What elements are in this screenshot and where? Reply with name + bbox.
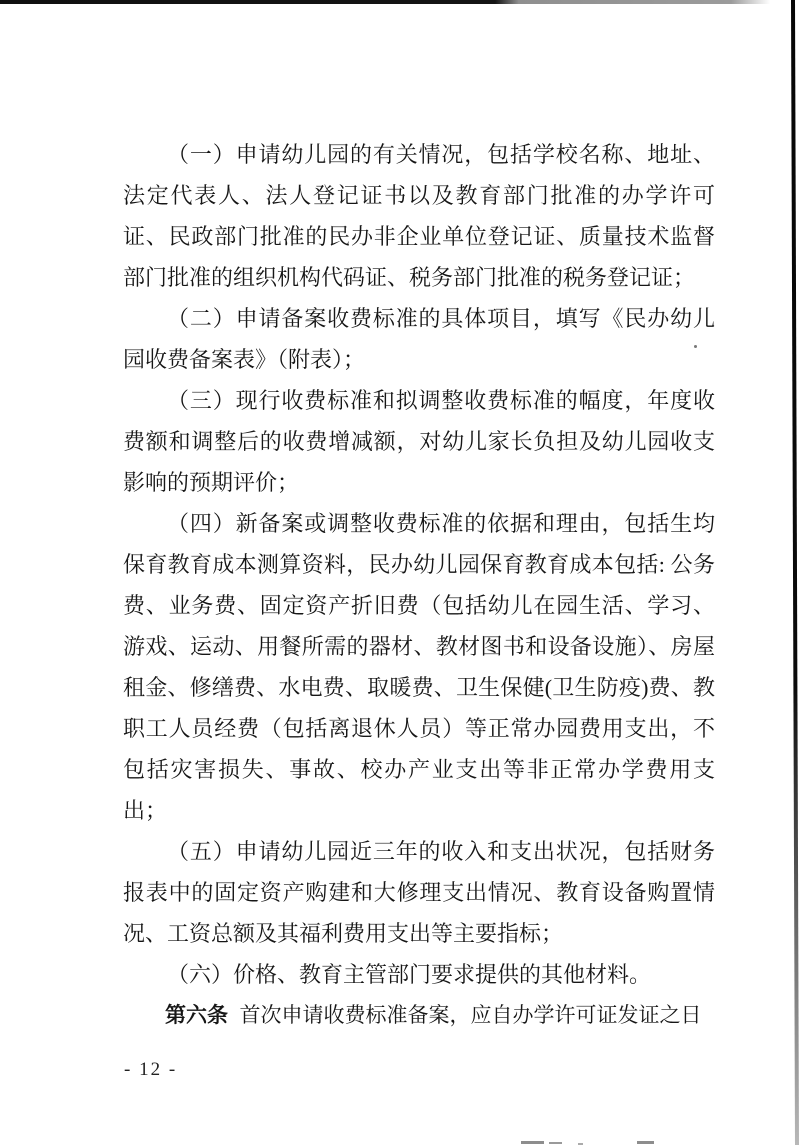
scan-artifact-top-edge	[0, 0, 786, 4]
page-number: - 12 -	[124, 1059, 177, 1081]
scan-artifact-speck	[637, 1141, 654, 1144]
paragraph-item-2: （二）申请备案收费标准的具体项目，填写《民办幼儿园收费备案表》（附表）；	[123, 298, 715, 380]
paragraph-item-6: （六）价格、教育主管部门要求提供的其他材料。	[123, 954, 715, 995]
scanned-document-page: （一）申请幼儿园的有关情况，包括学校名称、地址、法定代表人、法人登记证书以及教育…	[0, 0, 800, 1145]
paragraph-item-3: （三）现行收费标准和拟调整收费标准的幅度，年度收费额和调整后的收费增减额，对幼儿…	[123, 380, 715, 503]
article-number-label: 第六条	[165, 1003, 228, 1027]
paragraph-article-6: 第六条首次申请收费标准备案，应自办学许可证发证之日	[123, 995, 715, 1036]
paragraph-item-5: （五）申请幼儿园近三年的收入和支出状况，包括财务报表中的固定资产购建和大修理支出…	[123, 831, 715, 954]
document-body: （一）申请幼儿园的有关情况，包括学校名称、地址、法定代表人、法人登记证书以及教育…	[123, 134, 715, 1036]
scan-artifact-speck	[521, 1141, 544, 1144]
scan-artifact-speck	[549, 1142, 562, 1144]
paragraph-item-1: （一）申请幼儿园的有关情况，包括学校名称、地址、法定代表人、法人登记证书以及教育…	[123, 134, 715, 298]
scan-artifact-right-edge	[791, 0, 799, 1145]
article-text: 首次申请收费标准备案，应自办学许可证发证之日	[240, 1003, 702, 1027]
paragraph-item-4: （四）新备案或调整收费标准的依据和理由，包括生均保育教育成本测算资料，民办幼儿园…	[123, 503, 715, 831]
